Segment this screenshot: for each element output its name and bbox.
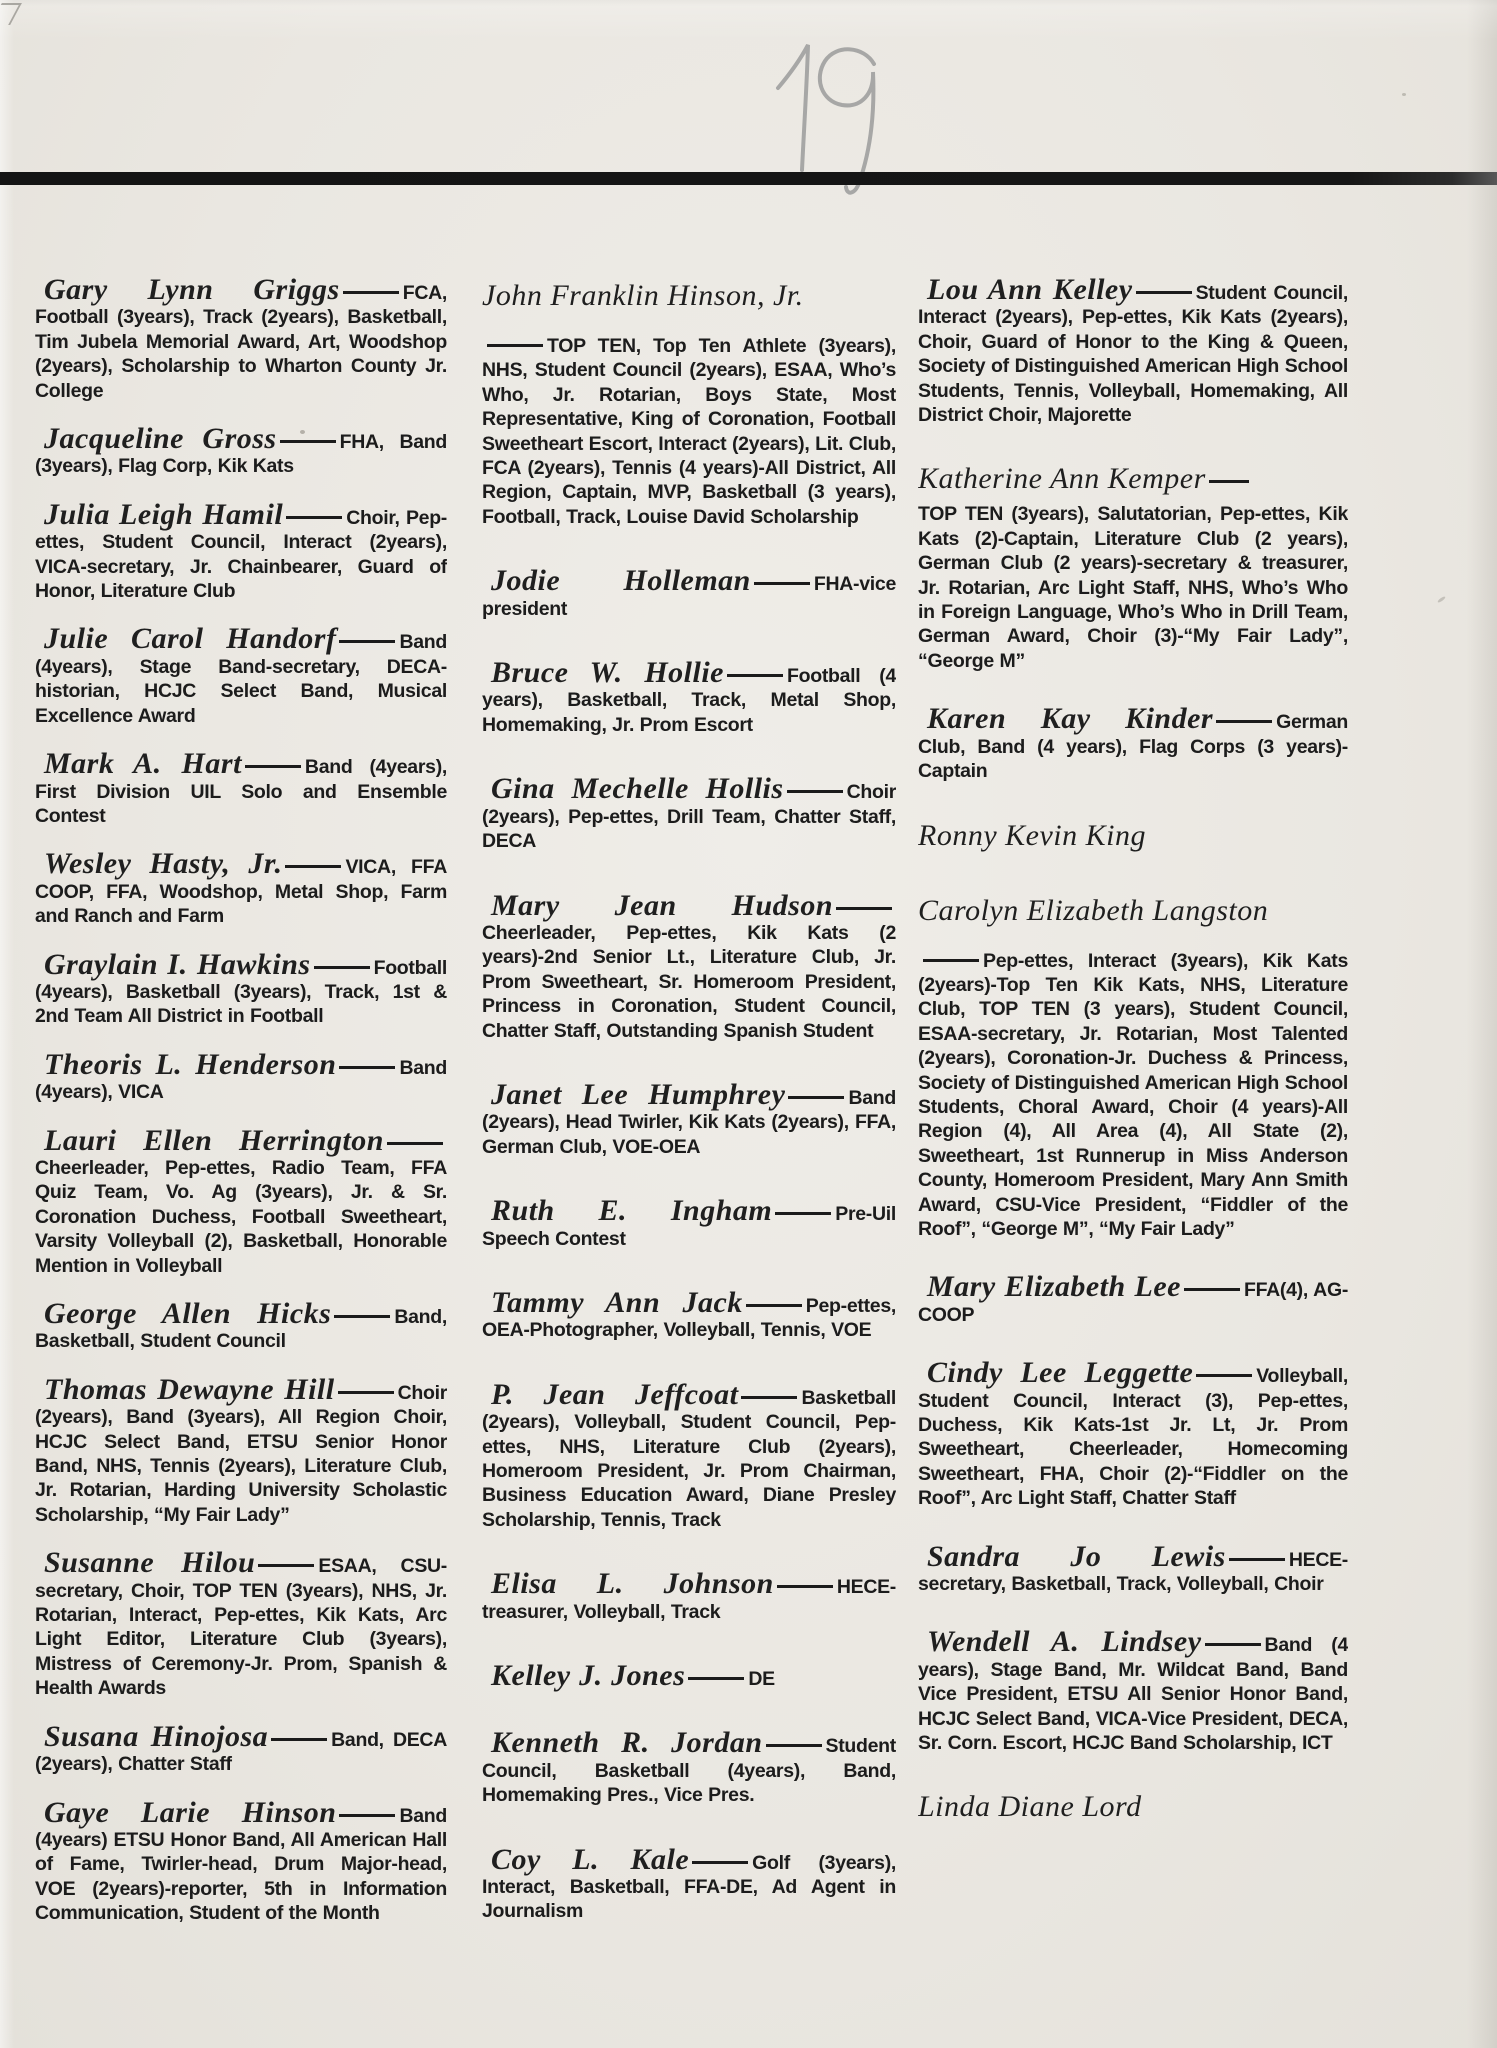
credits-text: DE xyxy=(748,1668,775,1690)
credits-text: Pep-ettes, Interact (3years), Kik Kats (… xyxy=(918,950,1348,1240)
senior-entry: Gaye Larie HinsonBand (4years) ETSU Hono… xyxy=(35,1801,447,1926)
senior-entry: Ruth E. InghamPre-Uil Speech Contest xyxy=(482,1199,896,1251)
top-rule xyxy=(0,172,1497,185)
entry-paragraph: Lou Ann KelleyStudent Council, Interact … xyxy=(918,278,1348,427)
student-name: Gary Lynn Griggs xyxy=(44,278,340,306)
entry-paragraph: Janet Lee HumphreyBand (2years), Head Tw… xyxy=(482,1083,896,1159)
name-credits-dash xyxy=(286,516,342,519)
student-name: Carolyn Elizabeth Langston xyxy=(918,894,1268,927)
entry-paragraph: Elisa L. JohnsonHECE-treasurer, Volleyba… xyxy=(482,1572,896,1624)
student-name: Jodie Holleman xyxy=(491,564,751,597)
senior-entry: Elisa L. JohnsonHECE-treasurer, Volleyba… xyxy=(482,1572,896,1624)
student-name: Ruth E. Ingham xyxy=(491,1194,772,1227)
entry-paragraph: P. Jean JeffcoatBasketball (2years), Vol… xyxy=(482,1383,896,1532)
yearbook-page: Gary Lynn GriggsFCA, Football (3years), … xyxy=(0,0,1497,2048)
senior-entry: Jodie HollemanFHA-vice president xyxy=(482,569,896,621)
entry-name-line: Linda Diane Lord xyxy=(918,1789,1348,1830)
name-credits-dash xyxy=(387,1142,443,1145)
student-name: Lou Ann Kelley xyxy=(927,278,1133,306)
student-name: Mary Jean Hudson xyxy=(491,889,833,922)
name-credits-dash xyxy=(339,640,395,643)
senior-entry: John Franklin Hinson, Jr.TOP TEN, Top Te… xyxy=(482,278,896,529)
entry-paragraph: Wesley Hasty, Jr.VICA, FFA COOP, FFA, Wo… xyxy=(35,852,447,928)
senior-entry: Lou Ann KelleyStudent Council, Interact … xyxy=(918,278,1348,427)
student-name: Bruce W. Hollie xyxy=(491,656,724,689)
senior-entry: Julie Carol HandorfBand (4years), Stage … xyxy=(35,627,447,728)
entry-name-line: John Franklin Hinson, Jr. xyxy=(482,278,896,319)
name-credits-dash xyxy=(258,1564,314,1567)
senior-entry: Thomas Dewayne HillChoir (2years), Band … xyxy=(35,1378,447,1527)
senior-entry: Bruce W. HollieFootball (4 years), Baske… xyxy=(482,661,896,737)
student-name: Elisa L. Johnson xyxy=(491,1567,774,1600)
name-credits-dash xyxy=(1205,1643,1261,1646)
name-credits-dash xyxy=(334,1315,390,1318)
entry-paragraph: Julia Leigh HamilChoir, Pep-ettes, Stude… xyxy=(35,503,447,604)
entry-paragraph: Graylain I. HawkinsFootball (4years), Ba… xyxy=(35,953,447,1029)
student-name: Kelley J. Jones xyxy=(491,1659,685,1692)
name-credits-dash xyxy=(285,865,341,868)
entry-paragraph: Gary Lynn GriggsFCA, Football (3years), … xyxy=(35,278,447,403)
student-name: Graylain I. Hawkins xyxy=(44,948,311,981)
paper-speck xyxy=(300,430,305,434)
credits-column-1: Gary Lynn GriggsFCA, Football (3years), … xyxy=(35,278,447,2048)
senior-entry: Theoris L. HendersonBand (4years), VICA xyxy=(35,1053,447,1105)
entry-paragraph: TOP TEN, Top Ten Athlete (3years), NHS, … xyxy=(482,334,896,529)
credits-text: Cheerleader, Pep-ettes, Radio Team, FFA … xyxy=(35,1157,447,1277)
senior-entry: Lauri Ellen HerringtonCheerleader, Pep-e… xyxy=(35,1129,447,1278)
entry-paragraph: Mary Jean HudsonCheerleader, Pep-ettes, … xyxy=(482,894,896,1043)
student-name: Julia Leigh Hamil xyxy=(44,498,283,531)
senior-entry: Tammy Ann JackPep-ettes, OEA-Photographe… xyxy=(482,1291,896,1343)
senior-entry: Jacqueline GrossFHA, Band (3years), Flag… xyxy=(35,427,447,479)
entry-paragraph: Theoris L. HendersonBand (4years), VICA xyxy=(35,1053,447,1105)
senior-entry: Carolyn Elizabeth LangstonPep-ettes, Int… xyxy=(918,893,1348,1242)
student-name: Theoris L. Henderson xyxy=(44,1048,336,1081)
senior-entry: Mark A. HartBand (4years), First Divisio… xyxy=(35,752,447,828)
name-credits-dash xyxy=(1229,1558,1285,1561)
name-credits-dash xyxy=(280,440,336,443)
credits-text: TOP TEN, Top Ten Athlete (3years), NHS, … xyxy=(482,335,896,528)
name-credits-dash xyxy=(727,674,783,677)
entry-paragraph: George Allen HicksBand, Basketball, Stud… xyxy=(35,1302,447,1354)
student-name: Julie Carol Handorf xyxy=(44,622,336,655)
name-credits-dash xyxy=(1216,720,1272,723)
paper-scratch xyxy=(1437,596,1446,604)
entry-paragraph: Julie Carol HandorfBand (4years), Stage … xyxy=(35,627,447,728)
entry-paragraph: Kenneth R. JordanStudent Council, Basket… xyxy=(482,1731,896,1807)
senior-entry: Graylain I. HawkinsFootball (4years), Ba… xyxy=(35,953,447,1029)
student-name: Karen Kay Kinder xyxy=(927,702,1213,735)
entry-paragraph: Coy L. KaleGolf (3years), Interact, Bask… xyxy=(482,1848,896,1924)
pencil-digit-1 xyxy=(778,45,808,170)
student-name: Katherine Ann Kemper xyxy=(918,462,1206,495)
student-name: Ronny Kevin King xyxy=(918,819,1146,852)
student-name: Gina Mechelle Hollis xyxy=(491,772,784,805)
student-name: Tammy Ann Jack xyxy=(491,1286,743,1319)
senior-entry: Cindy Lee LeggetteVolleyball, Student Co… xyxy=(918,1361,1348,1510)
name-credits-dash xyxy=(836,907,892,910)
name-credits-dash xyxy=(688,1677,744,1680)
senior-entry: Mary Elizabeth LeeFFA(4), AG-COOP xyxy=(918,1275,1348,1327)
senior-entry: Gary Lynn GriggsFCA, Football (3years), … xyxy=(35,278,447,403)
entry-paragraph: Sandra Jo LewisHECE-secretary, Basketbal… xyxy=(918,1545,1348,1597)
student-name: Wendell A. Lindsey xyxy=(927,1625,1202,1658)
student-name: Linda Diane Lord xyxy=(918,1790,1142,1823)
name-credits-dash xyxy=(1209,480,1249,483)
senior-entry: Janet Lee HumphreyBand (2years), Head Tw… xyxy=(482,1083,896,1159)
student-name: Thomas Dewayne Hill xyxy=(44,1373,335,1406)
credits-text: TOP TEN (3years), Salutatorian, Pep-ette… xyxy=(918,503,1348,671)
student-name: Janet Lee Humphrey xyxy=(491,1078,785,1111)
entry-paragraph: Mark A. HartBand (4years), First Divisio… xyxy=(35,752,447,828)
senior-entry: Julia Leigh HamilChoir, Pep-ettes, Stude… xyxy=(35,503,447,604)
entry-paragraph: Jodie HollemanFHA-vice president xyxy=(482,569,896,621)
student-name: Lauri Ellen Herrington xyxy=(44,1124,384,1157)
entry-paragraph: Wendell A. LindseyBand (4 years), Stage … xyxy=(918,1630,1348,1755)
entry-paragraph: Bruce W. HollieFootball (4 years), Baske… xyxy=(482,661,896,737)
student-name: Susanne Hilou xyxy=(44,1546,255,1579)
student-name: Susana Hinojosa xyxy=(44,1720,268,1753)
name-credits-dash xyxy=(741,1396,797,1399)
name-credits-dash xyxy=(343,291,399,294)
student-name: John Franklin Hinson, Jr. xyxy=(482,279,804,312)
student-name: Sandra Jo Lewis xyxy=(927,1540,1226,1573)
student-name: Mary Elizabeth Lee xyxy=(927,1270,1181,1303)
name-credits-dash xyxy=(245,765,301,768)
name-credits-dash xyxy=(746,1304,802,1307)
entry-paragraph: TOP TEN (3years), Salutatorian, Pep-ette… xyxy=(918,502,1348,673)
name-credits-dash xyxy=(787,790,843,793)
name-credits-dash xyxy=(788,1096,844,1099)
entry-paragraph: Jacqueline GrossFHA, Band (3years), Flag… xyxy=(35,427,447,479)
name-credits-dash xyxy=(1196,1374,1252,1377)
credits-text: Cheerleader, Pep-ettes, Kik Kats (2 year… xyxy=(482,922,896,1042)
entry-paragraph: Mary Elizabeth LeeFFA(4), AG-COOP xyxy=(918,1275,1348,1327)
entry-paragraph: Gaye Larie HinsonBand (4years) ETSU Hono… xyxy=(35,1801,447,1926)
senior-entry: Coy L. KaleGolf (3years), Interact, Bask… xyxy=(482,1848,896,1924)
student-name: Jacqueline Gross xyxy=(44,422,277,455)
entry-paragraph: Lauri Ellen HerringtonCheerleader, Pep-e… xyxy=(35,1129,447,1278)
senior-entry: Wendell A. LindseyBand (4 years), Stage … xyxy=(918,1630,1348,1755)
student-name: Gaye Larie Hinson xyxy=(44,1796,336,1829)
entry-paragraph: Gina Mechelle HollisChoir (2years), Pep-… xyxy=(482,777,896,853)
name-credits-dash xyxy=(1184,1288,1240,1291)
name-credits-dash xyxy=(775,1212,831,1215)
senior-entry: Sandra Jo LewisHECE-secretary, Basketbal… xyxy=(918,1545,1348,1597)
entry-paragraph: Tammy Ann JackPep-ettes, OEA-Photographe… xyxy=(482,1291,896,1343)
student-name: Coy L. Kale xyxy=(491,1843,689,1876)
student-name: Kenneth R. Jordan xyxy=(491,1726,763,1759)
senior-entry: Susanne HilouESAA, CSU-secretary, Choir,… xyxy=(35,1551,447,1700)
name-credits-dash xyxy=(339,1066,395,1069)
entry-paragraph: Susanne HilouESAA, CSU-secretary, Choir,… xyxy=(35,1551,447,1700)
entry-paragraph: Susana HinojosaBand, DECA (2years), Chat… xyxy=(35,1725,447,1777)
entry-name-line: Ronny Kevin King xyxy=(918,818,1348,859)
student-name: Wesley Hasty, Jr. xyxy=(44,847,282,880)
student-name: Cindy Lee Leggette xyxy=(927,1356,1193,1389)
name-credits-dash xyxy=(314,966,370,969)
senior-entry: Ronny Kevin King xyxy=(918,818,1348,859)
name-credits-dash xyxy=(777,1585,833,1588)
senior-entry: P. Jean JeffcoatBasketball (2years), Vol… xyxy=(482,1383,896,1532)
credits-column-2: John Franklin Hinson, Jr.TOP TEN, Top Te… xyxy=(482,278,896,2048)
name-credits-dash xyxy=(487,344,543,347)
name-credits-dash xyxy=(692,1861,748,1864)
name-credits-dash xyxy=(923,959,979,962)
name-credits-dash xyxy=(1136,291,1192,294)
entry-name-line: Carolyn Elizabeth Langston xyxy=(918,893,1348,934)
entry-name-line: Katherine Ann Kemper xyxy=(918,461,1348,502)
student-name: Mark A. Hart xyxy=(44,747,242,780)
senior-entry: Karen Kay KinderGerman Club, Band (4 yea… xyxy=(918,707,1348,783)
entry-paragraph: Thomas Dewayne HillChoir (2years), Band … xyxy=(35,1378,447,1527)
senior-entry: Linda Diane Lord xyxy=(918,1789,1348,1830)
student-name: George Allen Hicks xyxy=(44,1297,331,1330)
entry-paragraph: Kelley J. JonesDE xyxy=(482,1664,896,1691)
entry-paragraph: Pep-ettes, Interact (3years), Kik Kats (… xyxy=(918,949,1348,1242)
credits-columns: Gary Lynn GriggsFCA, Football (3years), … xyxy=(35,278,1348,2048)
senior-entry: Kenneth R. JordanStudent Council, Basket… xyxy=(482,1731,896,1807)
name-credits-dash xyxy=(338,1391,394,1394)
entry-paragraph: Karen Kay KinderGerman Club, Band (4 yea… xyxy=(918,707,1348,783)
corner-fold-mark xyxy=(0,3,22,25)
name-credits-dash xyxy=(766,1744,822,1747)
credits-column-3: Lou Ann KelleyStudent Council, Interact … xyxy=(918,278,1348,2048)
name-credits-dash xyxy=(754,582,810,585)
senior-entry: Gina Mechelle HollisChoir (2years), Pep-… xyxy=(482,777,896,853)
senior-entry: Mary Jean HudsonCheerleader, Pep-ettes, … xyxy=(482,894,896,1043)
paper-speck xyxy=(1402,93,1406,96)
entry-paragraph: Cindy Lee LeggetteVolleyball, Student Co… xyxy=(918,1361,1348,1510)
student-name: P. Jean Jeffcoat xyxy=(491,1378,738,1411)
senior-entry: Katherine Ann KemperTOP TEN (3years), Sa… xyxy=(918,461,1348,673)
senior-entry: George Allen HicksBand, Basketball, Stud… xyxy=(35,1302,447,1354)
senior-entry: Susana HinojosaBand, DECA (2years), Chat… xyxy=(35,1725,447,1777)
senior-entry: Kelley J. JonesDE xyxy=(482,1664,896,1691)
entry-paragraph: Ruth E. InghamPre-Uil Speech Contest xyxy=(482,1199,896,1251)
name-credits-dash xyxy=(271,1738,327,1741)
name-credits-dash xyxy=(339,1814,395,1817)
senior-entry: Wesley Hasty, Jr.VICA, FFA COOP, FFA, Wo… xyxy=(35,852,447,928)
